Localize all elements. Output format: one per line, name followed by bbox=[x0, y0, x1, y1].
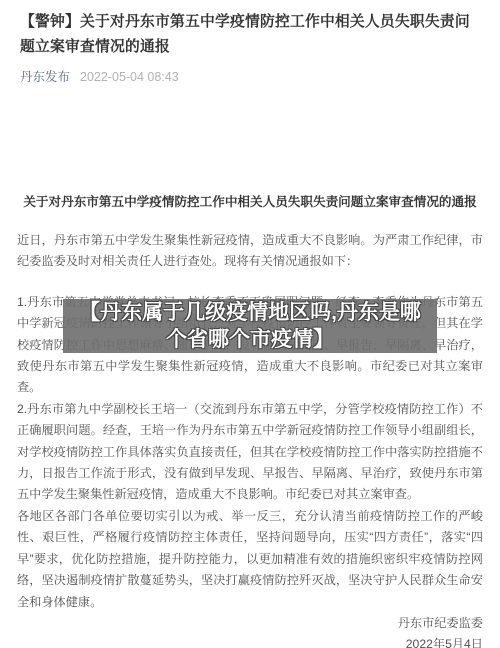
byline: 丹东发布2022-05-04 08:43 bbox=[20, 69, 480, 86]
article-body: 近日，丹东市第五中学发生聚集性新冠疫情，造成重大不良影响。为严肃工作纪律，市纪委… bbox=[17, 230, 483, 648]
signature-block: 丹东市纪委监委 2022年5月4日 bbox=[17, 613, 483, 648]
paragraph-conclusion: 各地区各部门各单位要切实引以为戒、举一反三，充分认清当前疫情防控工作的严峻性、艰… bbox=[17, 506, 483, 613]
article-title: 【警钟】关于对丹东市第五中学疫情防控工作中相关人员失职失责问题立案审查情况的通报 bbox=[20, 10, 480, 60]
watermark-overlay: 【丹东属于几级疫情地区吗,丹东是哪个省哪个市疫情】 bbox=[63, 299, 437, 353]
paragraph-case-2: 2.丹东市第九中学副校长王培一（交流到丹东市第五中学，分管学校疫情防控工作）不正… bbox=[17, 399, 483, 506]
paragraph-intro: 近日，丹东市第五中学发生聚集性新冠疫情，造成重大不良影响。为严肃工作纪律，市纪委… bbox=[17, 230, 483, 273]
notice-heading: 关于对丹东市第五中学疫情防控工作中相关人员失职失责问题立案审查情况的通报 bbox=[17, 194, 483, 210]
watermark-text: 【丹东属于几级疫情地区吗,丹东是哪个省哪个市疫情】 bbox=[75, 299, 425, 353]
publish-timestamp: 2022-05-04 08:43 bbox=[80, 70, 179, 84]
source-account-link[interactable]: 丹东发布 bbox=[20, 70, 70, 84]
signature-org: 丹东市纪委监委 bbox=[17, 613, 483, 634]
article-page: 【警钟】关于对丹东市第五中学疫情防控工作中相关人员失职失责问题立案审查情况的通报… bbox=[0, 0, 500, 648]
signature-date: 2022年5月4日 bbox=[17, 634, 483, 648]
